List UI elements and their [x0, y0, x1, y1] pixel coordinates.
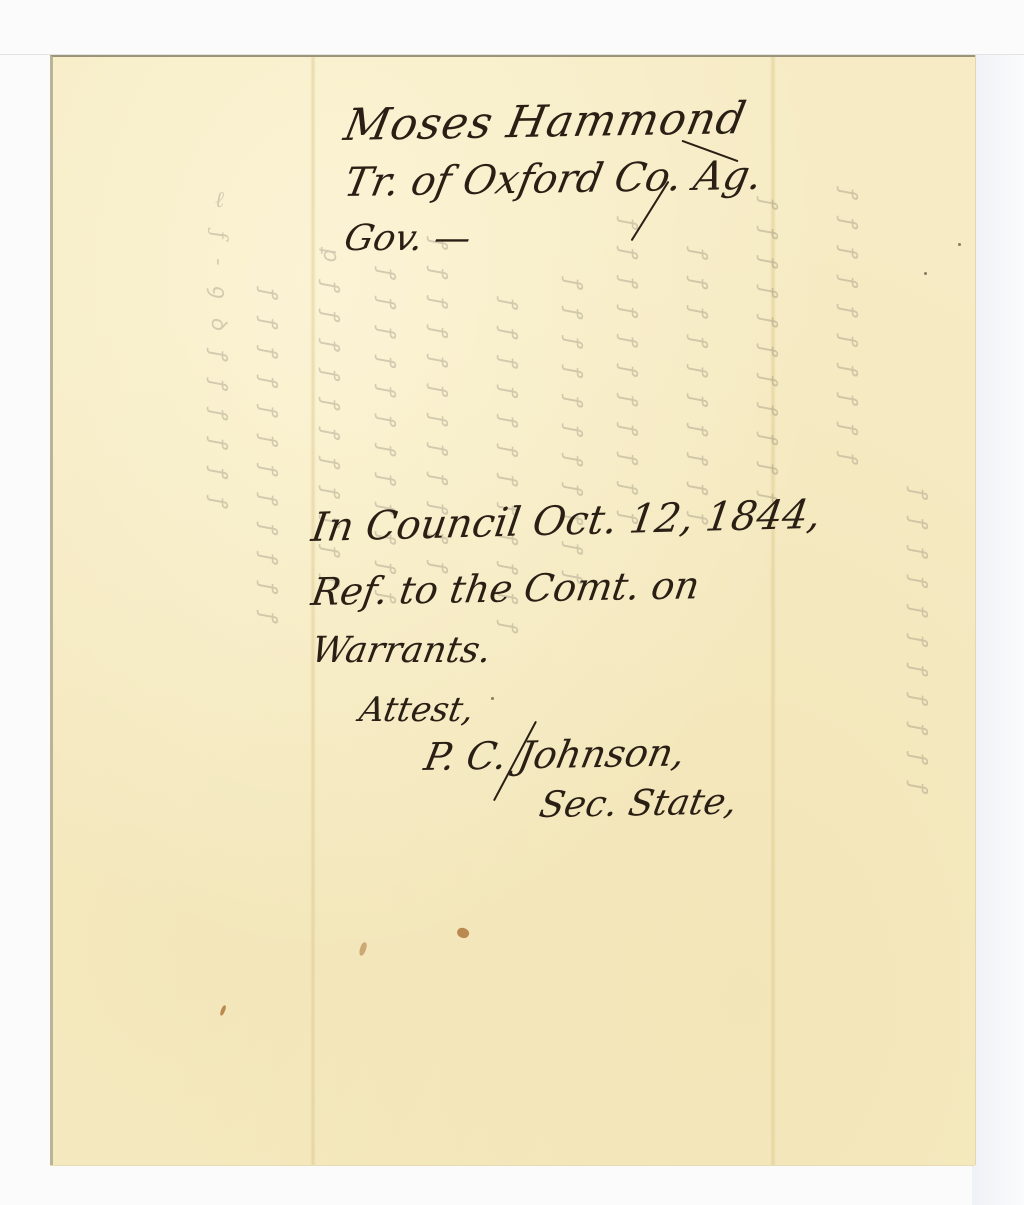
docket-abbrev: Gov. — — [341, 218, 475, 259]
bleed-through-column: ꝭ ꝭ ꝭ ꝭ ꝭ ꝭ ꝭ ꝭ ꝭ ꝭ ꝭ ꝭ — [371, 266, 401, 608]
bleed-through-column: ꝭ ꝭ ꝭ ꝭ ꝭ ꝭ ꝭ ꝭ ꝭ ꝭ — [833, 186, 863, 469]
bleed-through-column: ꝭ ꝭ ꝭ ꝭ ꝭ ꝭ ꝭ ꝭ ꝭ ꝭ ꝭ — [903, 486, 933, 799]
scan-backdrop — [972, 55, 1024, 1205]
bleed-through-column: ℓ ƒ ‑ ꝯ ꝺ ꝭ ꝭ ꝭ ꝭ ꝭ ꝭ — [203, 186, 233, 513]
fold-line-right — [770, 57, 776, 1165]
bleed-through-column: ꝭ ꝭ ꝭ ꝭ ꝭ ꝭ ꝭ ꝭ ꝭ ꝭ ꝭ — [613, 216, 643, 529]
paper-speck — [958, 243, 961, 246]
paper-speck — [924, 272, 927, 275]
bleed-through-column: ꝭ ꝭ ꝭ ꝭ ꝭ ꝭ ꝭ ꝭ ꝭ ꝭ ꝭ — [753, 196, 783, 509]
endorsement-referral: Ref. to the Comt. on — [309, 563, 703, 614]
paper-speck — [491, 697, 494, 700]
docket-office: Tr. of Oxford Co. Ag. — [341, 153, 767, 206]
attest-label: Attest, — [356, 690, 476, 730]
signature: P. C. Johnson, — [421, 730, 689, 779]
bleed-through-column: ꝭ ꝭ ꝭ ꝭ ꝭ ꝭ ꝭ ꝭ ꝭ ꝭ — [683, 246, 713, 529]
bleed-through-column: ꝭ ꝭ ꝭ ꝭ ꝭ ꝭ ꝭ ꝭ ꝭ ꝭ ꝭ ꝭ — [253, 286, 283, 628]
signature-title: Sec. State, — [536, 781, 741, 826]
endorsement-committee: Warrants. — [308, 630, 494, 671]
